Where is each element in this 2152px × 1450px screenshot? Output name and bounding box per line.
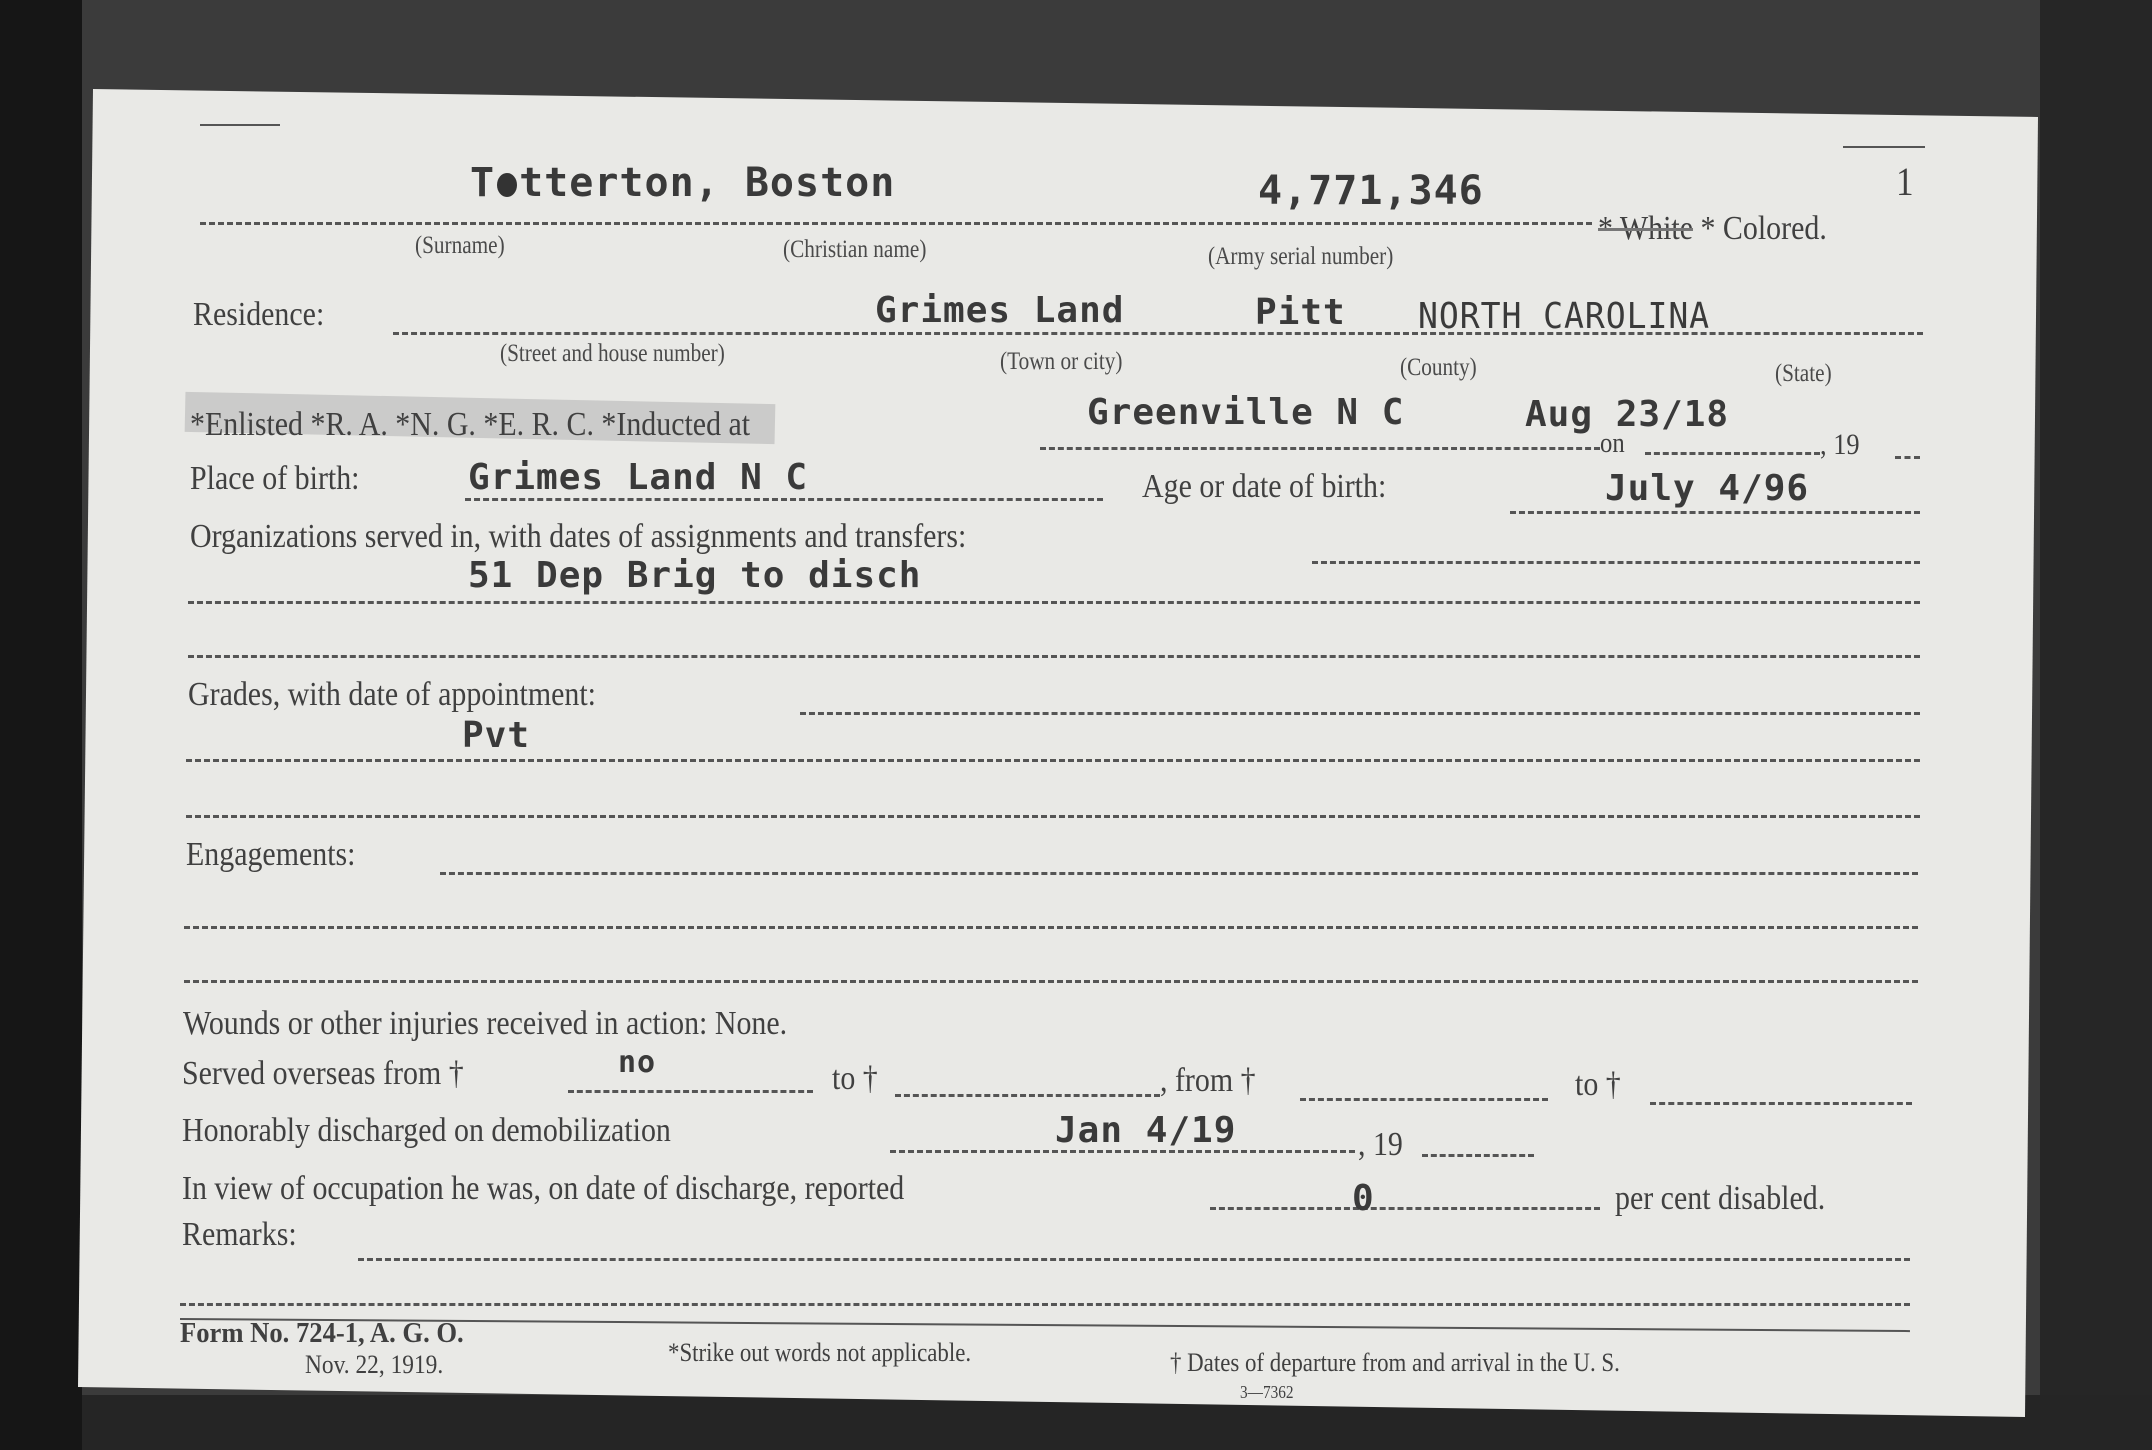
date-of-birth-value: July 4/96 xyxy=(1605,468,1809,509)
remarks-label: Remarks: xyxy=(182,1216,297,1254)
overseas-to-line xyxy=(895,1094,1160,1097)
engagements-line-3 xyxy=(184,980,1918,983)
organizations-line-1 xyxy=(1312,561,1920,564)
street-caption: (Street and house number) xyxy=(500,340,725,368)
form-number: Form No. 724-1, A. G. O. xyxy=(180,1318,464,1350)
age-line xyxy=(1510,511,1920,514)
race-white-struck: * White xyxy=(1598,210,1693,247)
overseas-from2-line xyxy=(1300,1098,1548,1101)
place-of-birth-label: Place of birth: xyxy=(190,460,360,498)
inducted-at-value: Greenville N C xyxy=(1087,392,1404,433)
race-colored: * Colored. xyxy=(1700,210,1826,247)
grades-label: Grades, with date of appointment: xyxy=(188,676,596,714)
soldier-name: Ttterton, Boston xyxy=(470,160,895,206)
in-view-label: In view of occupation he was, on date of… xyxy=(182,1170,904,1208)
inducted-at-line xyxy=(1040,447,1600,450)
serial-number: 4,771,346 xyxy=(1258,168,1484,214)
dates-note: † Dates of departure from and arrival in… xyxy=(1170,1348,1620,1378)
residence-label: Residence: xyxy=(193,296,324,334)
overseas-to-label: to † xyxy=(832,1060,878,1098)
form-date: Nov. 22, 1919. xyxy=(305,1350,443,1380)
grades-line-2 xyxy=(186,759,1920,762)
residence-state: NORTH CAROLINA xyxy=(1418,296,1710,337)
state-caption: (State) xyxy=(1775,360,1832,388)
engagements-label: Engagements: xyxy=(186,836,356,874)
county-caption: (County) xyxy=(1400,354,1477,382)
overseas-to2-label: to † xyxy=(1575,1066,1621,1104)
discharge-date-value: Jan 4/19 xyxy=(1055,1110,1236,1151)
print-code: 3—7362 xyxy=(1240,1382,1294,1403)
inducted-year-label: , 19 xyxy=(1820,428,1860,462)
scanner-right-edge xyxy=(2040,0,2152,1450)
organizations-label: Organizations served in, with dates of a… xyxy=(190,518,966,556)
residence-county: Pitt xyxy=(1255,292,1346,333)
organizations-line-3 xyxy=(188,655,1920,658)
discharge-year-label: , 19 xyxy=(1358,1126,1403,1164)
discharged-label: Honorably discharged on demobilization xyxy=(182,1112,671,1150)
remarks-line-2 xyxy=(180,1303,1910,1306)
name-line xyxy=(200,222,1592,225)
top-right-tick xyxy=(1843,146,1925,148)
race-field: * White * Colored. xyxy=(1598,210,1827,248)
percent-disabled-value: 0 xyxy=(1352,1178,1375,1219)
service-record-card: 1 Ttterton, Boston 4,771,346 * White * C… xyxy=(0,0,2152,1450)
grades-value: Pvt xyxy=(462,715,530,756)
christian-name-caption: (Christian name) xyxy=(783,236,926,264)
strike-out-note: *Strike out words not applicable. xyxy=(668,1338,971,1368)
served-overseas-label: Served overseas from † xyxy=(182,1055,464,1093)
grades-line-1 xyxy=(800,712,1920,715)
overseas-from2-label: , from † xyxy=(1160,1062,1256,1100)
place-of-birth-value: Grimes Land N C xyxy=(468,457,808,498)
scanner-left-edge xyxy=(0,0,82,1450)
inducted-year-line xyxy=(1895,456,1920,459)
army-serial-caption: (Army serial number) xyxy=(1208,243,1393,271)
surname-caption: (Surname) xyxy=(415,232,505,260)
grades-line-3 xyxy=(186,815,1920,818)
engagements-line-1 xyxy=(440,872,1918,875)
ink-blot xyxy=(497,173,517,197)
place-of-birth-line xyxy=(465,498,1103,501)
on-label: on xyxy=(1600,428,1625,460)
enlisted-label: *Enlisted *R. A. *N. G. *E. R. C. *Induc… xyxy=(190,406,750,444)
town-caption: (Town or city) xyxy=(1000,348,1122,376)
remarks-line-1 xyxy=(358,1258,1910,1261)
percent-disabled-line xyxy=(1210,1207,1600,1210)
organizations-value: 51 Dep Brig to disch xyxy=(468,555,921,596)
overseas-from-line xyxy=(568,1090,813,1093)
top-left-tick xyxy=(200,124,280,126)
age-label: Age or date of birth: xyxy=(1142,468,1386,506)
served-overseas-value: no xyxy=(618,1045,656,1080)
wounds-label: Wounds or other injuries received in act… xyxy=(183,1005,787,1043)
engagements-line-2 xyxy=(184,926,1918,929)
residence-town: Grimes Land xyxy=(875,290,1124,331)
per-cent-disabled-label: per cent disabled. xyxy=(1615,1180,1825,1218)
discharge-year-line xyxy=(1422,1154,1534,1157)
card-number: 1 xyxy=(1896,158,1914,205)
inducted-on-value: Aug 23/18 xyxy=(1525,394,1729,435)
inducted-on-line xyxy=(1645,452,1820,455)
overseas-to2-line xyxy=(1650,1102,1912,1105)
organizations-line-2 xyxy=(188,601,1920,604)
